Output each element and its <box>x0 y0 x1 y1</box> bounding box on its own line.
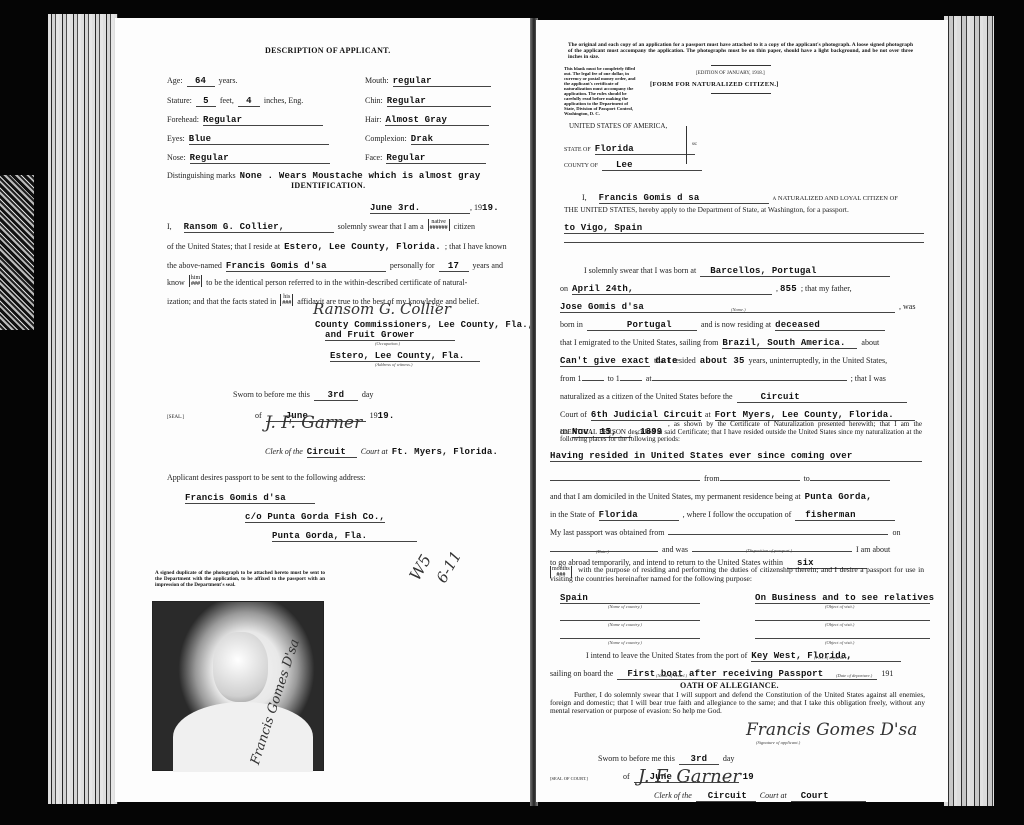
clerk-line-left: Clerk of the Circuit Court at Ft. Myers,… <box>265 441 498 459</box>
applicant-name-row: I, Francis Gomis d sa a NATURALIZED AND … <box>582 187 898 205</box>
right-page-edges <box>944 16 994 806</box>
left-page-edges <box>48 14 118 804</box>
naturalized-before-text: naturalized as a citizen of the United S… <box>560 392 733 401</box>
stature-label: Stature: <box>167 96 192 105</box>
about-label: about <box>861 338 879 347</box>
residence-state: Florida <box>599 510 679 521</box>
feet-label: feet, <box>220 96 234 105</box>
naturalized-text: a NATURALIZED AND LOYAL CITIZEN OF <box>773 195 898 202</box>
residence-years-row: Can't give exact date that I resided abo… <box>560 350 887 368</box>
object-caption: (Object of visit.) <box>825 622 854 627</box>
oath-title: OATH OF ALLEGIANCE. <box>680 681 779 690</box>
country-caption: (Name of country.) <box>608 622 642 627</box>
occupation-caption: (Occupation.) <box>375 341 400 346</box>
nose-value: Regular <box>190 153 330 164</box>
port-text: I intend to leave the United States from… <box>586 651 747 660</box>
sworn-day: 3rd <box>314 390 358 401</box>
witness-oath-line1: I, Ransom G. Collier, solemnly swear tha… <box>167 216 475 234</box>
from-to-row: from 1 to 1 at ; that I was <box>560 368 886 386</box>
oath-of-label: of <box>623 772 630 781</box>
oath-text: Further, I do solemnly swear that I will… <box>550 691 925 714</box>
her-struck-2: ### <box>282 300 291 306</box>
emigrated-text: that I emigrated to the United States, s… <box>560 338 718 347</box>
her-struck: ### <box>191 281 200 287</box>
oath-clerk-row: Clerk of the Circuit Court at Court <box>654 785 866 803</box>
to-word: to <box>804 474 810 483</box>
complexion-row: Complexion: Drak <box>365 128 489 146</box>
clerk-signature-left: J. F. Garner <box>265 413 362 433</box>
chin-row: Chin: Regular <box>365 90 491 108</box>
face-row: Face: Regular <box>365 147 486 165</box>
mouth-row: Mouth: regular <box>365 70 491 88</box>
on-label: on <box>560 284 568 293</box>
state-of-label: in the State of <box>550 510 595 519</box>
mouth-label: Mouth: <box>365 76 389 85</box>
identical-text: to be the identical person referred to i… <box>206 278 467 287</box>
nose-row: Nose: Regular <box>167 147 330 165</box>
residence-abroad: Having resided in United States ever sin… <box>550 451 922 462</box>
marks-value: None . Wears Moustache which is almost g… <box>240 171 481 181</box>
photo-face <box>213 632 268 702</box>
vessel-row: sailing on board the First boat after re… <box>550 663 893 681</box>
photo-requirements-notice: The original and each copy of an applica… <box>568 42 913 61</box>
ization-text: ization; and that the facts stated in <box>167 297 276 306</box>
county-label: COUNTY OF <box>564 163 598 169</box>
know-text: know <box>167 278 185 287</box>
born-text: I solemnly swear that I was born at <box>584 266 696 275</box>
court-seal-label: [SEAL OF COURT.] <box>550 776 588 781</box>
hair-row: Hair: Almost Gray <box>365 109 489 127</box>
from-to-abroad-row: from to <box>550 468 890 486</box>
father-birthplace: Portugal <box>587 320 697 331</box>
father-residence: deceased <box>775 320 885 331</box>
witness-occupation-1: County Commissioners, Lee County, Fla., <box>315 320 533 330</box>
forehead-row: Forehead: Regular <box>167 109 323 127</box>
reside-text: of the United States; that I reside at <box>167 242 280 251</box>
destination: to Vigo, Spain <box>564 223 924 234</box>
witness-residence: Estero, Lee County, Florida. <box>284 242 441 252</box>
margin-notation-2: 6-11 <box>433 548 465 586</box>
birth-date: April 24th, <box>572 284 772 295</box>
last-passport-text: My last passport was obtained from <box>550 528 664 537</box>
left-page: DESCRIPTION OF APPLICANT. Age: 64 years.… <box>115 18 533 802</box>
country-row: (Name of country.) (Object of visit.) <box>560 611 925 629</box>
inches-label: inches, Eng. <box>264 96 303 105</box>
country-row: Spain On Business and to see relatives (… <box>560 593 925 611</box>
apply-text: THE UNITED STATES, hereby apply to the D… <box>564 205 849 214</box>
court-place: Ft. Myers, Florida. <box>392 447 498 457</box>
age-label: Age: <box>167 76 183 85</box>
signature-caption: (Signature of applicant.) <box>756 740 800 745</box>
oath-day: 3rd <box>679 754 719 765</box>
venue-country: UNITED STATES OF AMERICA, <box>569 122 667 130</box>
court-at-label: Court at <box>361 447 388 456</box>
venue-bracket <box>686 126 687 164</box>
countries-table: Spain On Business and to see relatives (… <box>560 593 925 647</box>
his-bracket: his### <box>280 294 293 306</box>
of-label: of <box>255 411 262 420</box>
witness-oath-line3: the above-named Francis Gomis d'sa perso… <box>167 255 503 273</box>
oath-clerk-label: Clerk of the <box>654 791 692 800</box>
name-caption: (Name.) <box>731 307 746 312</box>
identification-year: 19. <box>482 203 499 213</box>
witness-oath-line2: of the United States; that I reside at E… <box>167 236 507 254</box>
oath-year: 19 <box>743 772 754 782</box>
witness-name: Ransom G. Collier, <box>184 222 334 233</box>
mailing-line-2: c/o Punta Gorda Fish Co., <box>245 512 385 523</box>
visit-object <box>755 611 930 621</box>
above-named-text: the above-named <box>167 261 222 270</box>
age-row: Age: 64 years. <box>167 70 237 88</box>
applicant-photograph: Francis Gomes D'sa <box>152 601 324 771</box>
emigration-date: Can't give exact date <box>560 356 650 367</box>
divider-bottom <box>711 93 771 94</box>
from-label: from 1 <box>560 374 582 383</box>
certificate-text: , as shown by the Certificate of Natural… <box>560 421 922 444</box>
app-name: Francis Gomis d sa <box>599 193 769 204</box>
court-of-label: Court of <box>560 410 587 419</box>
object-caption: (Object of visit.) <box>825 604 854 609</box>
sworn-year-prefix: 19 <box>370 411 378 420</box>
father-text: ; that my father, <box>801 284 852 293</box>
sworn-year: 19. <box>378 411 395 421</box>
years-and: years and <box>473 261 503 270</box>
from-word: from <box>704 474 720 483</box>
permanent-residence: Punta Gorda, <box>805 492 872 502</box>
address-caption: (Address of witness.) <box>375 362 412 367</box>
naturalization-court: Circuit <box>737 392 907 403</box>
occupation-text: , where I follow the occupation of <box>683 510 792 519</box>
sailed-from: Brazil, South America. <box>722 338 857 349</box>
born-in-label: born in <box>560 320 583 329</box>
identification-date: June 3rd., 1919. <box>370 197 499 215</box>
departure-year: 191 <box>881 669 893 678</box>
mouth-value: regular <box>393 76 491 87</box>
face-label: Face: <box>365 153 382 162</box>
identification-date-value: June 3rd. <box>370 203 470 214</box>
chin-value: Regular <box>387 96 491 107</box>
witness-occupation-2: and Fruit Grower <box>325 330 455 341</box>
purpose-text: with the purpose of residing and perform… <box>550 566 924 583</box>
on-word: on <box>892 528 900 537</box>
eyes-label: Eyes: <box>167 134 185 143</box>
forehead-value: Regular <box>203 115 323 126</box>
father-birthplace-row: born in Portugal and is now residing at … <box>560 314 885 332</box>
witness-oath-line4: know him### to be the identical person r… <box>167 272 467 290</box>
app-i-label: I, <box>582 193 587 202</box>
port-row: I intend to leave the United States from… <box>586 645 901 663</box>
struck-option: ###### <box>430 225 448 231</box>
form-title: [FORM FOR NATURALIZED CITIZEN.] <box>650 81 779 88</box>
to-label: to 1 <box>608 374 620 383</box>
nose-label: Nose: <box>167 153 186 162</box>
witness-address: Estero, Lee County, Fla. <box>330 351 480 362</box>
vessel-caption: (Name of vessel.) <box>656 673 687 678</box>
clerk-label: Clerk of the <box>265 447 303 456</box>
stature-row: Stature: 5 feet, 4 inches, Eng. <box>167 90 303 108</box>
i-label: I, <box>167 222 172 231</box>
oath-sworn-text: Sworn to before me this <box>598 754 675 763</box>
sworn-line-left: Sworn to before me this 3rd day <box>233 384 373 402</box>
photo-note: A signed duplicate of the photograph to … <box>155 570 325 588</box>
stature-inches: 4 <box>238 96 260 107</box>
eyes-value: Blue <box>189 134 329 145</box>
edition-label: [EDITION OF JANUARY, 1918.] <box>696 71 765 76</box>
blank-line <box>564 242 924 243</box>
state-occupation-row: in the State of Florida , where I follow… <box>550 504 895 522</box>
years-resided: about 35 <box>700 356 745 366</box>
chin-label: Chin: <box>365 96 383 105</box>
identification-title: IDENTIFICATION. <box>291 181 365 190</box>
stature-feet: 5 <box>196 96 216 107</box>
court-at: at <box>705 410 711 419</box>
face-value: Regular <box>386 153 486 164</box>
mailing-intro: Applicant desires passport to be sent to… <box>167 473 365 482</box>
visit-object: On Business and to see relatives <box>755 593 930 604</box>
naturalized-before-row: naturalized as a citizen of the United S… <box>560 386 907 404</box>
sailing-text: sailing on board the <box>550 669 613 678</box>
age-value: 64 <box>187 76 215 87</box>
instructions-side-note: This blank must be completely filled out… <box>564 66 636 116</box>
birth-year: 855 <box>780 284 797 294</box>
citizen-type-bracket: native###### <box>428 219 450 231</box>
day-label: day <box>362 390 374 399</box>
departure-caption: (Date of departure.) <box>836 673 872 678</box>
domicile-row: and that I am domiciled in the United St… <box>550 486 872 504</box>
description-title: DESCRIPTION OF APPLICANT. <box>265 46 391 55</box>
complexion-label: Complexion: <box>365 134 407 143</box>
father-name: Jose Gomis d'sa <box>560 302 895 313</box>
forehead-label: Forehead: <box>167 115 199 124</box>
at-label: at <box>646 374 652 383</box>
port-caption: (Port of departure.) <box>814 655 849 660</box>
divider-top <box>711 65 771 66</box>
birthdate-row: on April 24th, , 855 ; that my father, <box>560 278 852 296</box>
country-name: Spain <box>560 593 700 604</box>
oath-court-place: Court <box>791 791 866 802</box>
seal-label: [SEAL.] <box>167 415 184 420</box>
him-bracket: him### <box>189 275 202 287</box>
mailing-line-3: Punta Gorda, Fla. <box>272 531 417 542</box>
emigration-row: that I emigrated to the United States, s… <box>560 332 879 350</box>
marks-label: Distinguishing marks <box>167 171 236 180</box>
birthplace-row: I solemnly swear that I was born at Barc… <box>584 260 890 278</box>
naturalized-was: ; that I was <box>851 374 886 383</box>
oath-sworn-row: Sworn to before me this 3rd day <box>598 748 734 766</box>
clerk-signature-right: J. F. Garner <box>638 766 741 787</box>
visit-object <box>755 629 930 639</box>
background-texture <box>0 175 34 330</box>
margin-notation-1: W5 <box>405 551 435 584</box>
oath-court-type: Circuit <box>696 791 756 802</box>
domicile-text: and that I am domiciled in the United St… <box>550 492 801 501</box>
known-text: ; that I have known <box>445 242 507 251</box>
age-unit: years. <box>219 76 238 85</box>
year-prefix: 19 <box>474 203 482 212</box>
swear-text: solemnly swear that I am a <box>338 222 424 231</box>
country-name <box>560 611 700 621</box>
court-type: Circuit <box>307 447 357 458</box>
venue-county-row: COUNTY OF Lee <box>564 154 702 172</box>
ss-label: ss: <box>692 142 697 147</box>
personally-text: personally for <box>390 261 435 270</box>
mailing-line-1: Francis Gomis d'sa <box>185 493 315 504</box>
hair-label: Hair: <box>365 115 381 124</box>
state-label: STATE OF <box>564 147 591 153</box>
oath-day-label: day <box>723 754 735 763</box>
years-known: 17 <box>439 261 469 272</box>
complexion-value: Drak <box>411 134 489 145</box>
residing-text: and is now residing at <box>701 320 771 329</box>
country-name <box>560 629 700 639</box>
oath-court-at: Court at <box>760 791 787 800</box>
photo-shoulders <box>173 702 313 772</box>
birthplace: Barcellos, Portugal <box>700 266 890 277</box>
right-page: The original and each copy of an applica… <box>536 20 948 802</box>
years-text: years, uninterruptedly, in the United St… <box>749 356 888 365</box>
applicant-name: Francis Gomis d'sa <box>226 261 386 272</box>
eyes-row: Eyes: Blue <box>167 128 329 146</box>
hair-value: Almost Gray <box>385 115 489 126</box>
last-passport-row: My last passport was obtained from on <box>550 522 900 540</box>
sworn-text: Sworn to before me this <box>233 390 310 399</box>
citizen-label: citizen <box>454 222 475 231</box>
was-label: , was <box>899 302 915 311</box>
applicant-signature: Francis Gomes D'sa <box>746 720 917 740</box>
applicant-occupation: fisherman <box>795 510 895 521</box>
resided-text: that I resided <box>654 356 696 365</box>
witness-signature: Ransom G. Collier <box>313 300 451 318</box>
country-caption: (Name of country.) <box>608 604 642 609</box>
